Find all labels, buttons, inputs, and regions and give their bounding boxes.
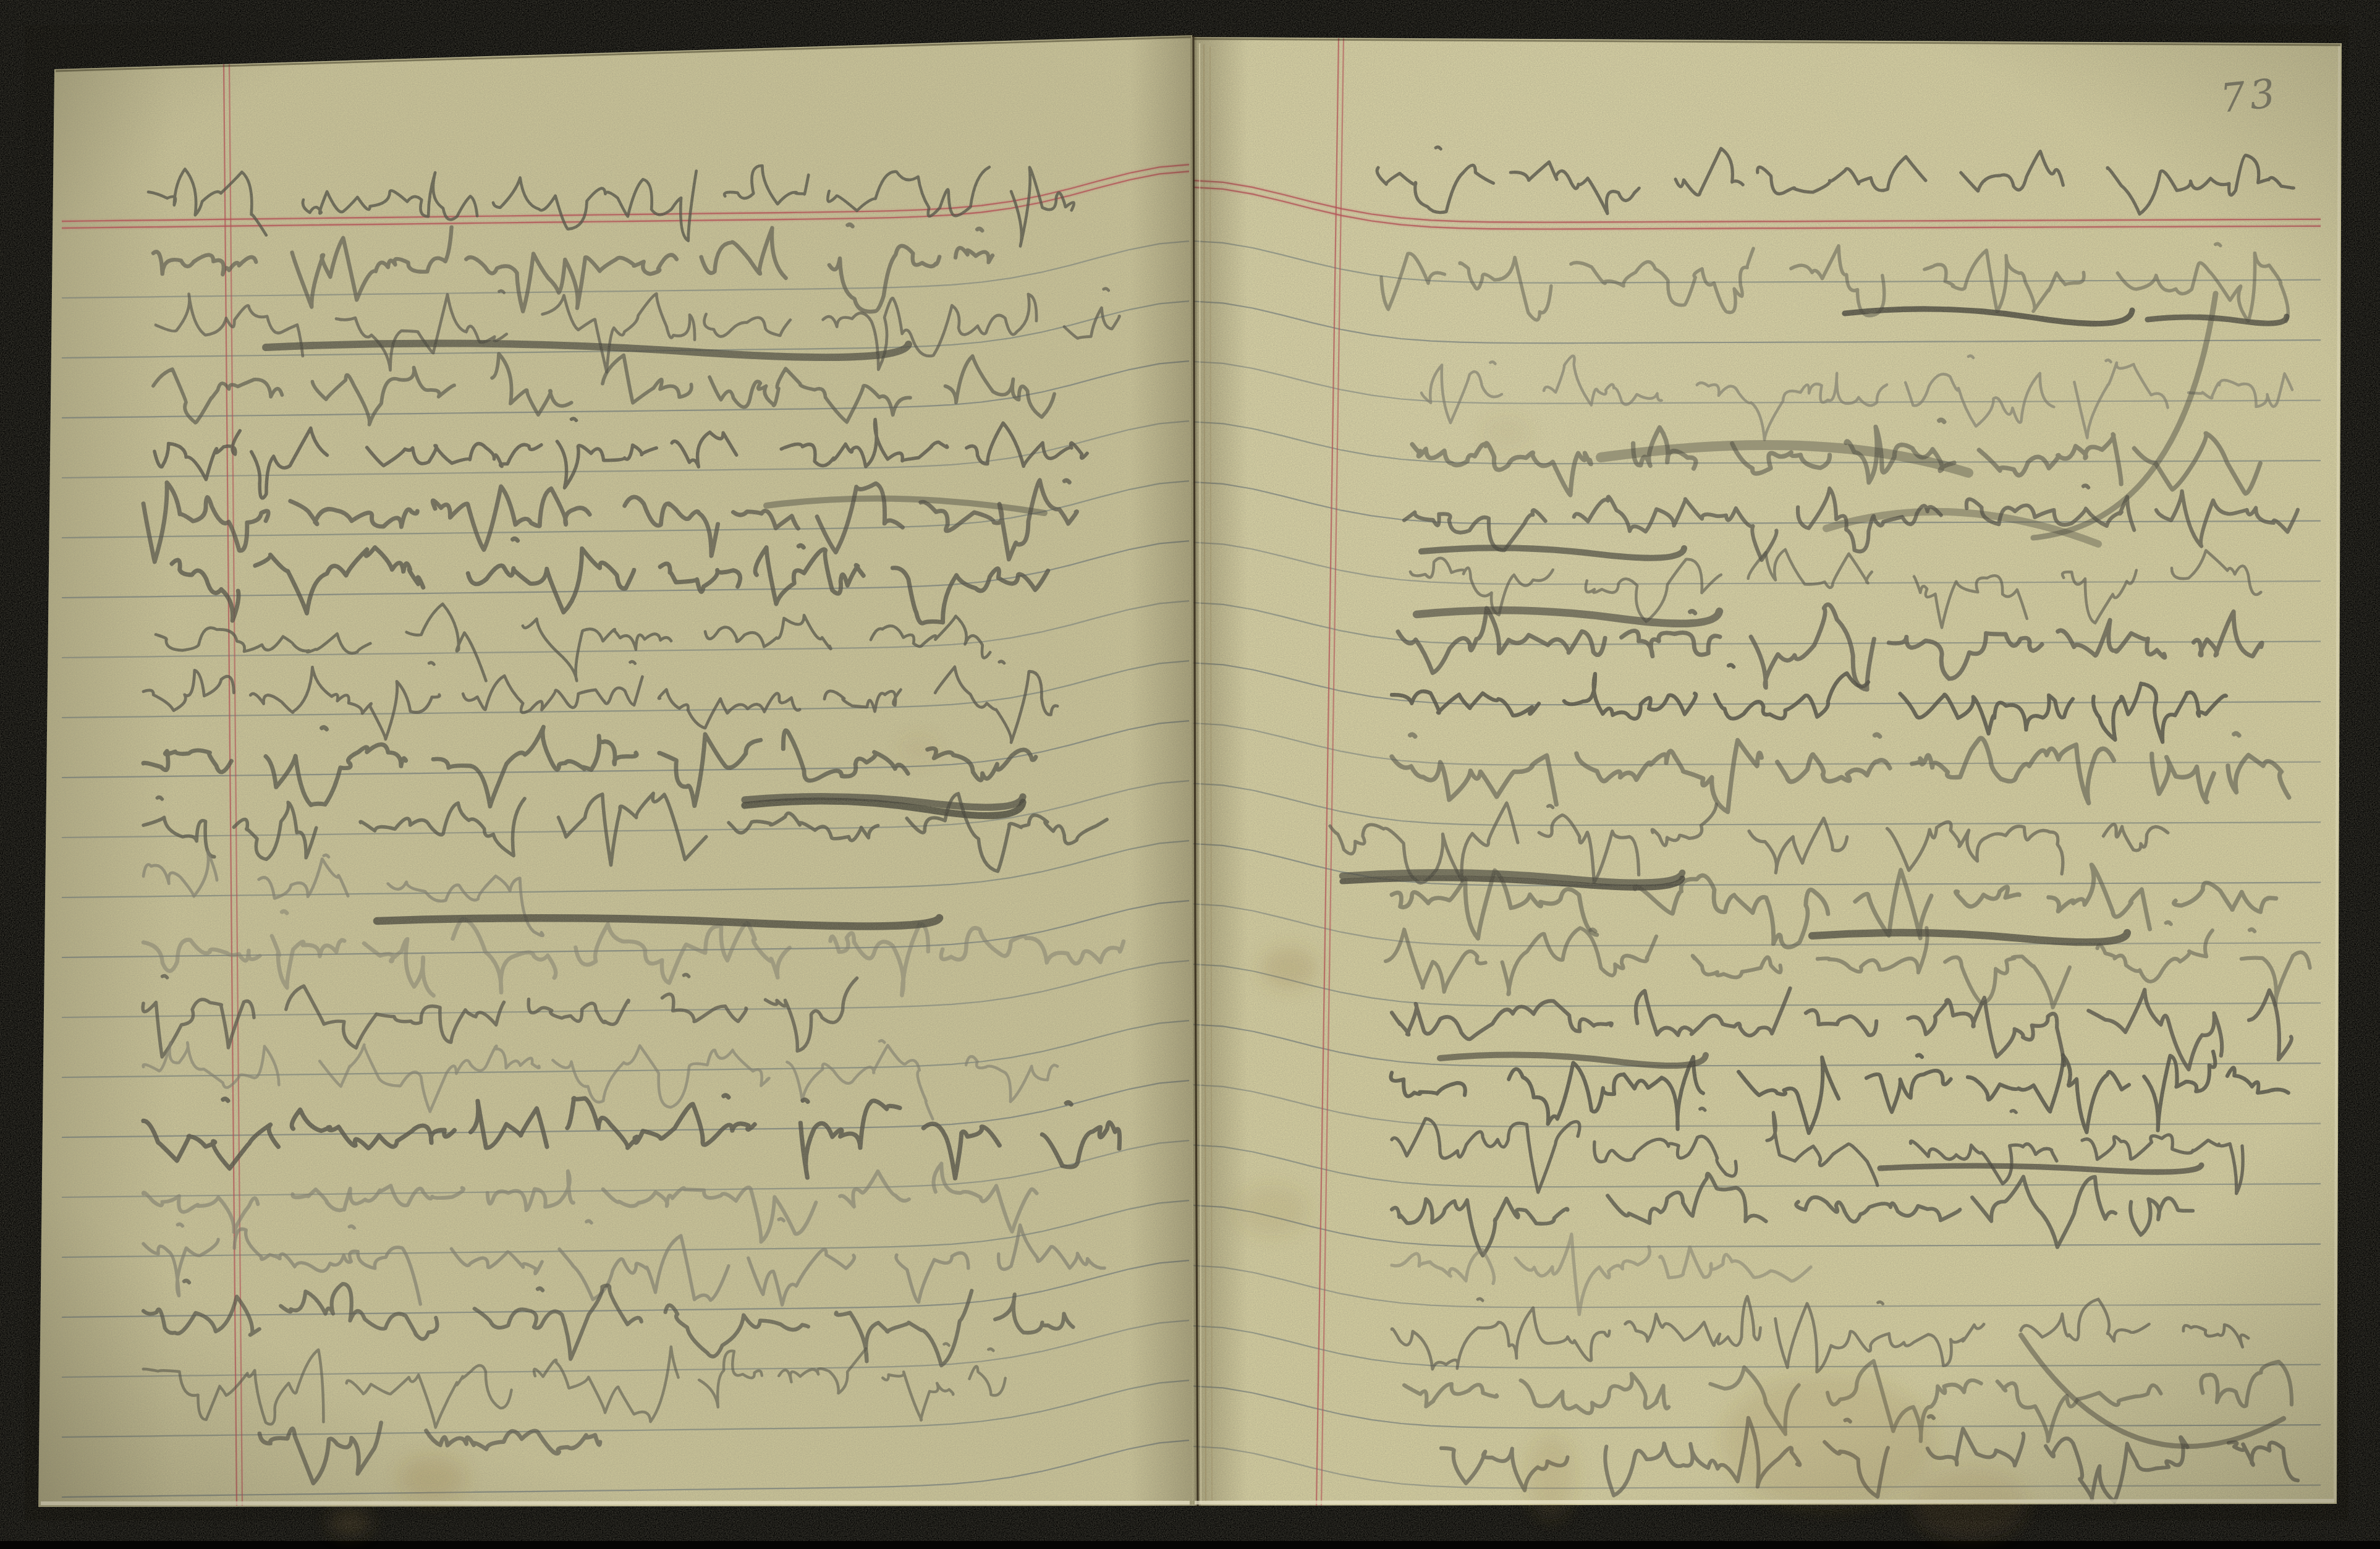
scene: 73 <box>0 0 2380 1549</box>
vignette <box>25 25 2348 1521</box>
scanned-notebook-spread: 73 <box>0 0 2380 1549</box>
page-number: 73 <box>2218 70 2282 122</box>
